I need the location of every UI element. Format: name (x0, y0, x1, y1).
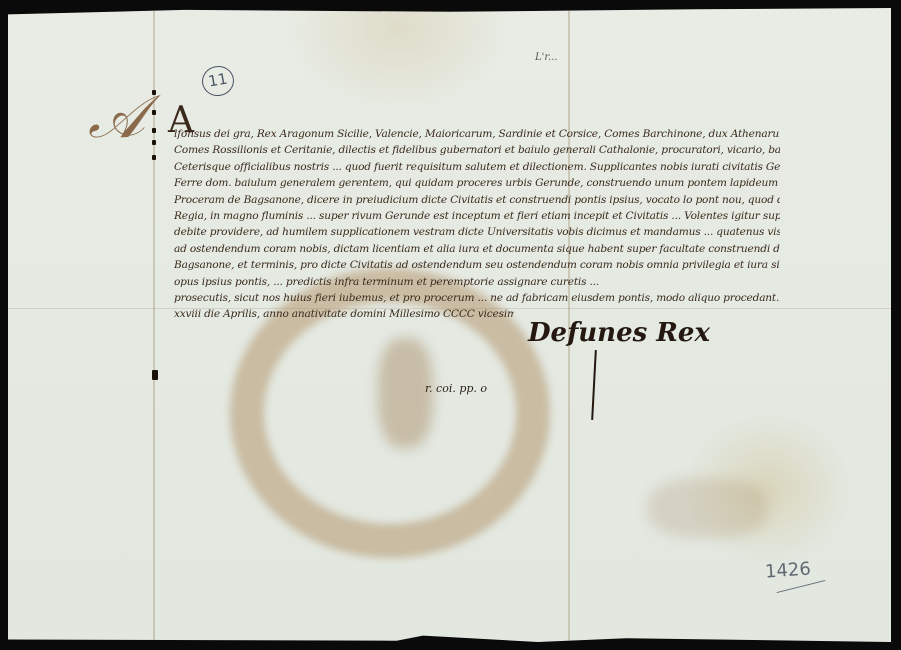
royal-signature: Defunes Rex (528, 318, 710, 348)
text-line: lfonsus dei gra, Rex Aragonum Sicilie, V… (174, 126, 780, 142)
decorative-flourish: 𝒜 (88, 82, 145, 152)
archive-number: 1426 (764, 558, 811, 582)
stain-right (648, 478, 768, 538)
text-line: xxviii die Aprilis, anno anativitate dom… (174, 306, 514, 322)
clerk-note: r. coi. pp. o (425, 382, 487, 395)
text-line: Ferre dom. baiulum generalem gerentem, q… (174, 175, 780, 191)
document-body: lfonsus dei gra, Rex Aragonum Sicilie, V… (174, 126, 780, 323)
binding-marks (152, 90, 156, 390)
text-line: opus ipsius pontis, ... predictis infra … (174, 274, 780, 290)
text-line: Comes Rossilionis et Ceritanie, dilectis… (174, 142, 780, 158)
text-line: Bagsanone, et terminis, pro dicte Civita… (174, 257, 780, 273)
text-line: Ceterisque officialibus nostris ... quod… (174, 159, 780, 175)
text-line: Regia, in magno fluminis ... super rivum… (174, 208, 780, 224)
top-margin-note: L'r... (535, 52, 558, 63)
text-line: prosecutis, sicut nos huius fieri iubemu… (174, 290, 780, 306)
text-line: debite providere, ad humilem supplicatio… (174, 224, 780, 240)
text-line: Proceram de Bagsanone, dicere in preiudi… (174, 192, 780, 208)
text-line: ad ostendendum coram nobis, dictam licen… (174, 241, 780, 257)
